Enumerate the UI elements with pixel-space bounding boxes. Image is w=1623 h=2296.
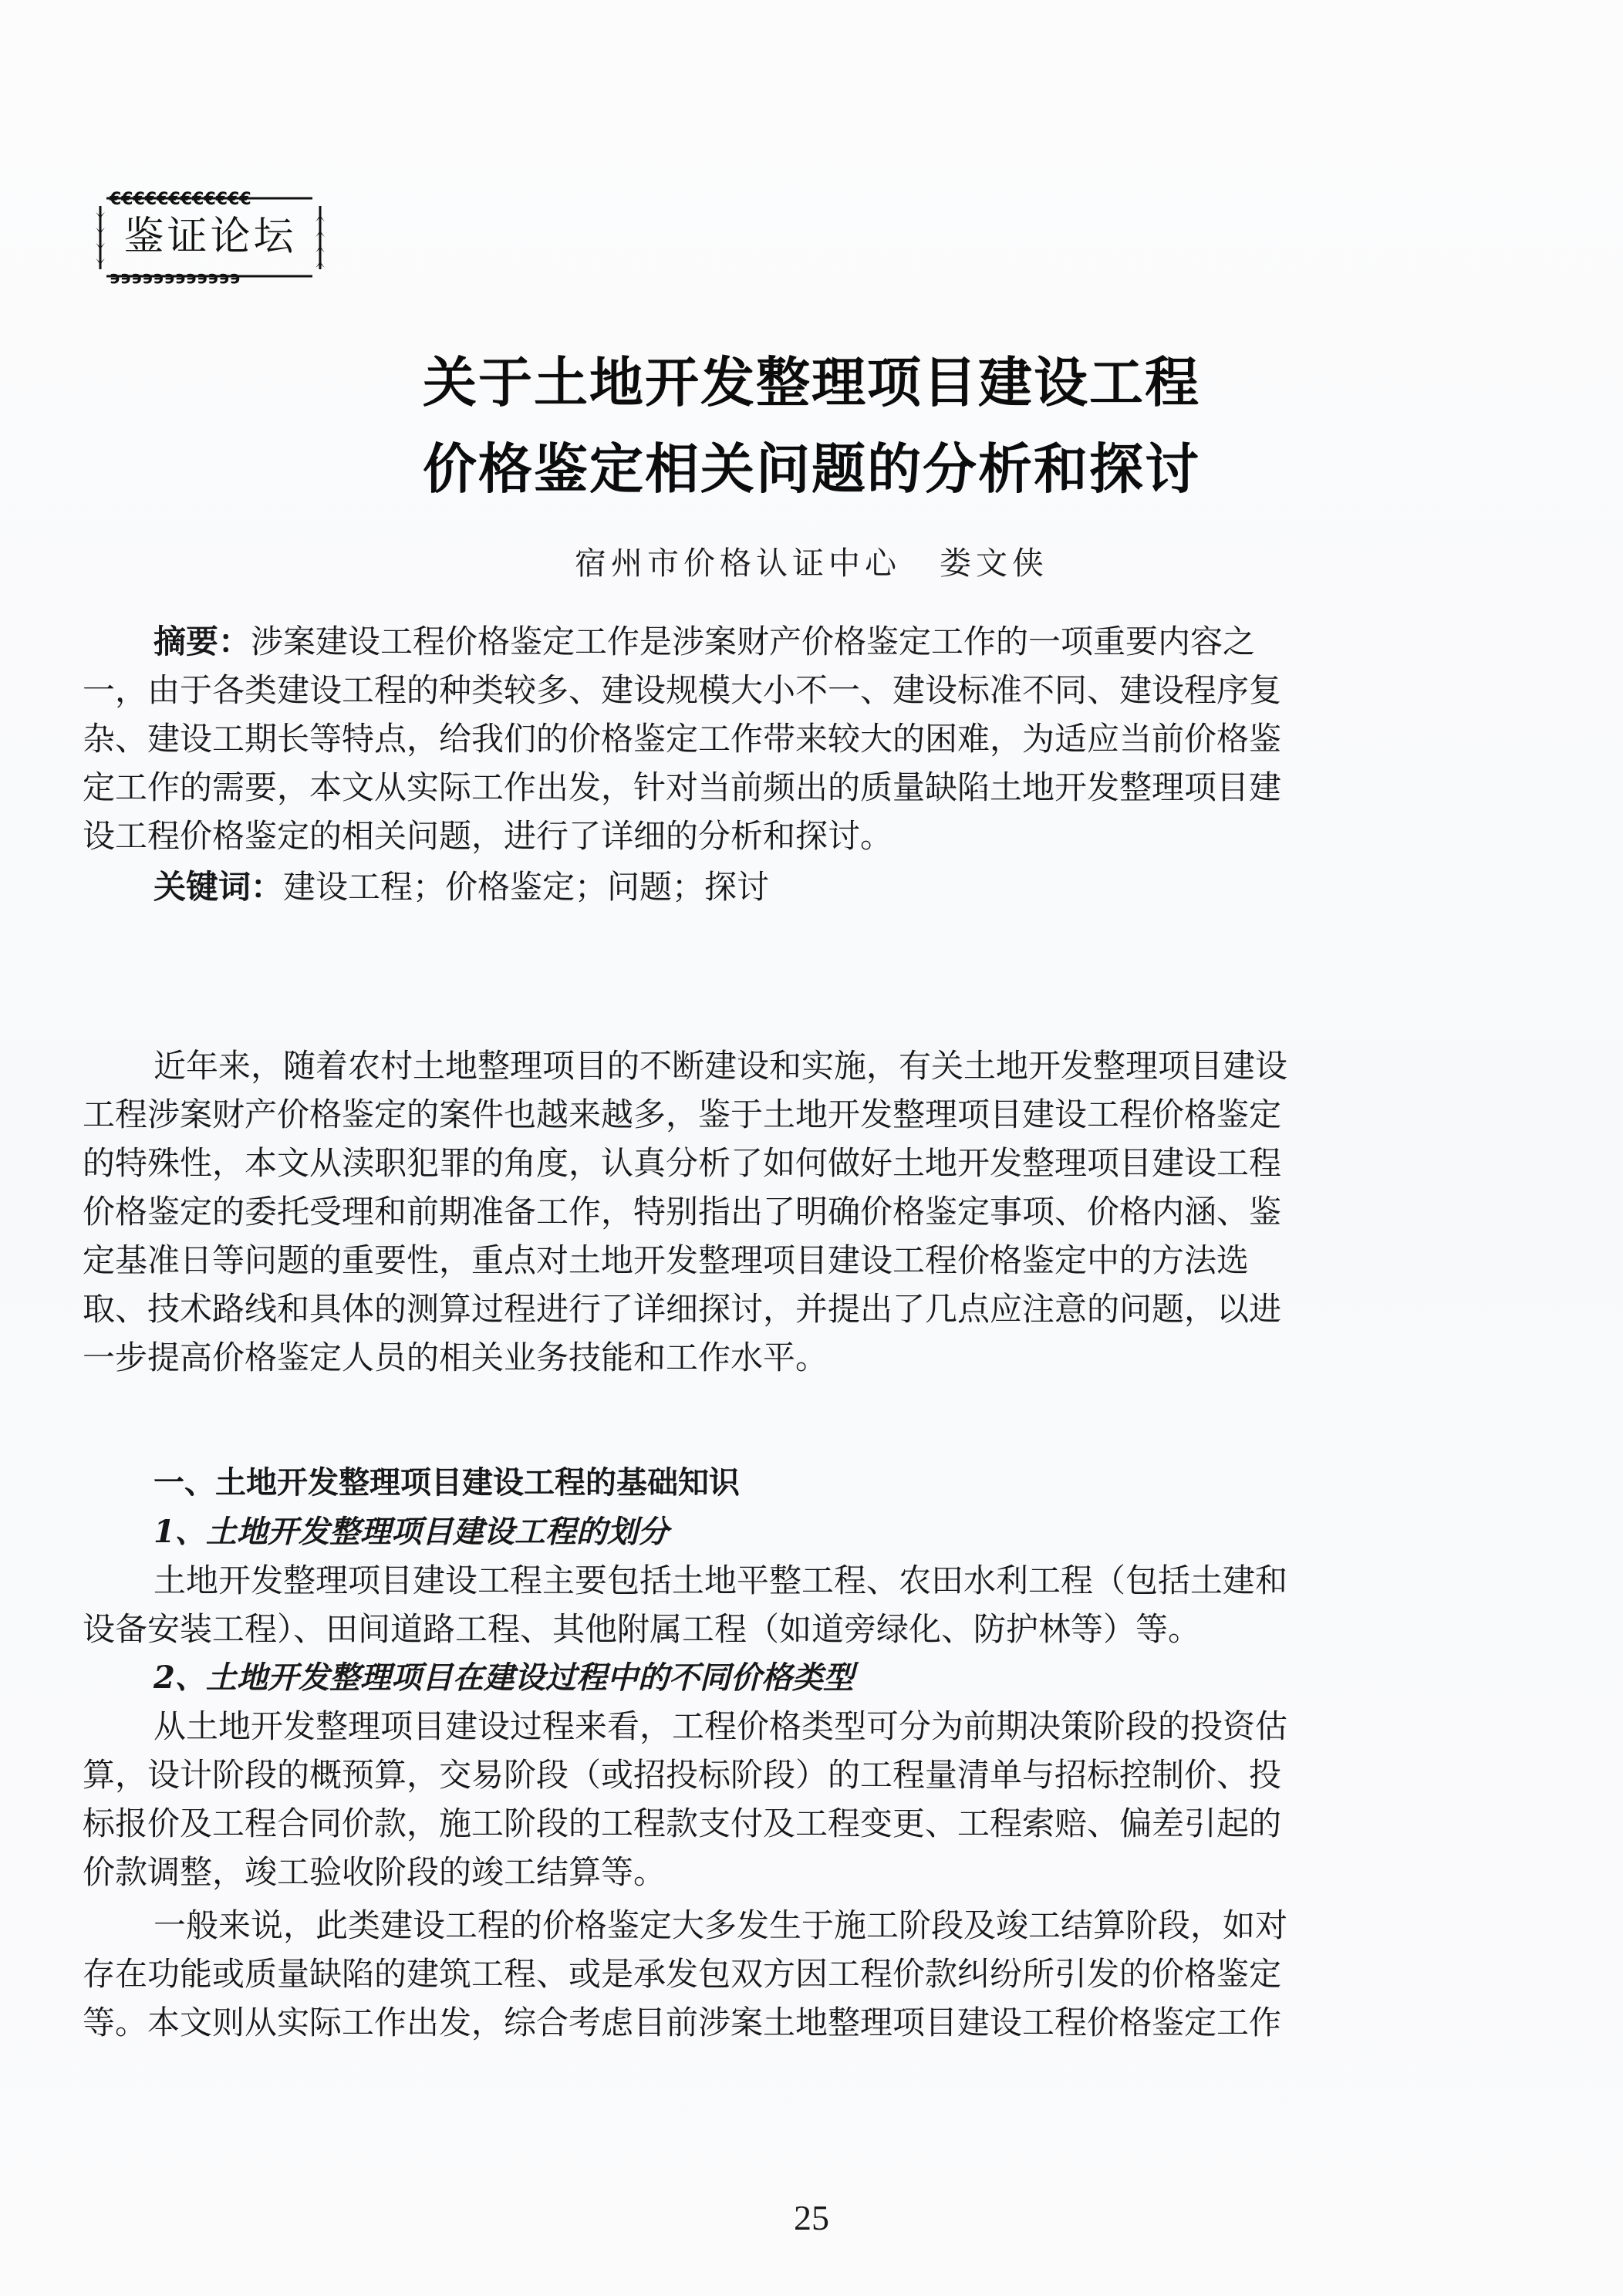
body-line: 设备安装工程）、田间道路工程、其他附属工程（如道旁绿化、防护林等）等。 [83,1605,1456,1653]
body-line: 存在功能或质量缺陷的建筑工程、或是承发包双方因工程价款纠纷所引发的价格鉴定 [83,1950,1456,1998]
intro-line: 工程涉案财产价格鉴定的案件也越来越多，鉴于土地开发整理项目建设工程价格鉴定 [83,1090,1456,1139]
intro-line: 定基准日等问题的重要性，重点对土地开发整理项目建设工程价格鉴定中的方法选 [83,1236,1456,1285]
title-line-2: 价格鉴定相关问题的分析和探讨 [0,426,1623,512]
body-line: 算，设计阶段的概预算，交易阶段（或招投标阶段）的工程量清单与招标控制价、投 [83,1751,1456,1799]
abstract-line: 摘要：涉案建设工程价格鉴定工作是涉案财产价格鉴定工作的一项重要内容之 [83,617,1456,666]
subsection-heading-2: 2、土地开发整理项目在建设过程中的不同价格类型 [83,1653,1456,1702]
byline: 宿州市价格认证中心娄文侠 [0,540,1623,586]
section-heading: 一、土地开发整理项目建设工程的基础知识 [83,1459,1456,1508]
abstract-line: 一，由于各类建设工程的种类较多、建设规模大小不一、建设标准不同、建设程序复 [83,666,1456,714]
article-title: 关于土地开发整理项目建设工程 价格鉴定相关问题的分析和探讨 [0,339,1623,512]
section-1: 一、土地开发整理项目建设工程的基础知识 1、土地开发整理项目建设工程的划分 土地… [83,1459,1456,2047]
intro-line: 近年来，随着农村土地整理项目的不断建设和实施，有关土地开发整理项目建设 [83,1042,1456,1090]
intro-line: 一步提高价格鉴定人员的相关业务技能和工作水平。 [83,1333,1456,1382]
keywords-line: 关键词：建设工程；价格鉴定；问题；探讨 [83,863,1456,911]
body-line: 等。本文则从实际工作出发，综合考虑目前涉案土地整理项目建设工程价格鉴定工作 [83,1998,1456,2047]
intro-block: 近年来，随着农村土地整理项目的不断建设和实施，有关土地开发整理项目建设 工程涉案… [83,1042,1456,1382]
body-line: 一般来说，此类建设工程的价格鉴定大多发生于施工阶段及竣工结算阶段，如对 [83,1901,1456,1950]
page-number: 25 [0,2197,1623,2238]
abstract-line: 杂、建设工期长等特点，给我们的价格鉴定工作带来较大的困难，为适应当前价格鉴 [83,714,1456,763]
abstract-block: 摘要：涉案建设工程价格鉴定工作是涉案财产价格鉴定工作的一项重要内容之 一，由于各… [83,617,1456,911]
keywords-label: 关键词： [154,868,283,906]
title-line-1: 关于土地开发整理项目建设工程 [0,339,1623,426]
abstract-line: 定工作的需要，本文从实际工作出发，针对当前频出的质量缺陷土地开发整理项目建 [83,763,1456,812]
author-organization: 宿州市价格认证中心 [575,545,901,582]
body-line: 标报价及工程合同价款，施工阶段的工程款支付及工程变更、工程索赔、偏差引起的 [83,1799,1456,1848]
intro-line: 取、技术路线和具体的测算过程进行了详细探讨，并提出了几点应注意的问题，以进 [83,1285,1456,1333]
abstract-label: 摘要： [154,623,251,660]
subsection-heading-1: 1、土地开发整理项目建设工程的划分 [83,1508,1456,1556]
abstract-line: 设工程价格鉴定的相关问题，进行了详细的分析和探讨。 [83,812,1456,860]
keywords-text: 建设工程；价格鉴定；问题；探讨 [283,868,769,906]
body-line: 从土地开发整理项目建设过程来看，工程价格类型可分为前期决策阶段的投资估 [83,1702,1456,1751]
column-tag: €€€€€€€€€€€€ ϶϶϶϶϶϶϶϶϶϶϶϶ 鉴证论坛 [93,189,328,285]
intro-line: 价格鉴定的委托受理和前期准备工作，特别指出了明确价格鉴定事项、价格内涵、鉴 [83,1187,1456,1236]
body-line: 土地开发整理项目建设工程主要包括土地平整工程、农田水利工程（包括土建和 [83,1556,1456,1605]
body-line: 价款调整，竣工验收阶段的竣工结算等。 [83,1848,1456,1896]
svg-text:€€€€€€€€€€€€: €€€€€€€€€€€€ [109,190,251,209]
author-name: 娄文侠 [940,545,1048,582]
column-tag-label: 鉴证论坛 [93,212,328,262]
intro-line: 的特殊性，本文从渎职犯罪的角度，认真分析了如何做好土地开发整理项目建设工程 [83,1139,1456,1187]
document-page: €€€€€€€€€€€€ ϶϶϶϶϶϶϶϶϶϶϶϶ 鉴证论坛 关于土地开发整理项… [0,0,1623,2296]
svg-text:϶϶϶϶϶϶϶϶϶϶϶϶: ϶϶϶϶϶϶϶϶϶϶϶϶ [110,268,241,285]
